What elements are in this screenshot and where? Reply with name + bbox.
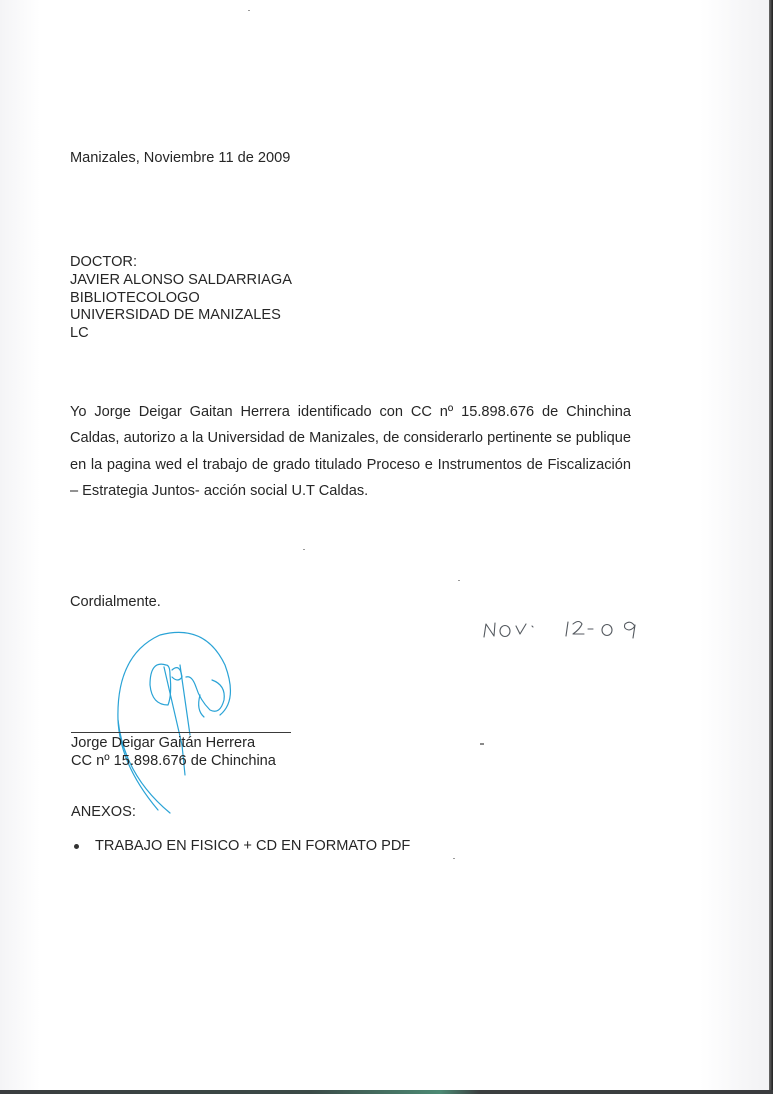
annexes-list: TRABAJO EN FISICO + CD EN FORMATO PDF bbox=[71, 838, 410, 855]
letter-closing: Cordialmente. bbox=[70, 594, 161, 611]
scan-speck bbox=[453, 858, 455, 859]
recipient-block: DOCTOR: JAVIER ALONSO SALDARRIAGA BIBLIO… bbox=[70, 254, 292, 343]
scan-speck bbox=[303, 549, 305, 550]
bullet-icon bbox=[74, 844, 79, 849]
signature-line bbox=[71, 732, 291, 733]
letter-body: Yo Jorge Deigar Gaitan Herrera identific… bbox=[70, 399, 631, 505]
scan-right-edge bbox=[769, 0, 773, 1094]
scan-speck bbox=[248, 10, 250, 11]
annex-item: TRABAJO EN FISICO + CD EN FORMATO PDF bbox=[71, 838, 410, 855]
annexes-title: ANEXOS: bbox=[71, 804, 136, 821]
recipient-name: JAVIER ALONSO SALDARRIAGA bbox=[70, 272, 292, 290]
scanned-letter-page: Manizales, Noviembre 11 de 2009 DOCTOR: … bbox=[0, 0, 773, 1094]
recipient-title: BIBLIOTECOLOGO bbox=[70, 290, 292, 308]
scan-speck bbox=[458, 580, 460, 581]
recipient-city: LC bbox=[70, 325, 292, 343]
scan-speck bbox=[480, 743, 484, 745]
annex-item-label: TRABAJO EN FISICO + CD EN FORMATO PDF bbox=[95, 838, 410, 854]
recipient-salutation: DOCTOR: bbox=[70, 254, 292, 272]
signer-block: Jorge Deigar Gaitán Herrera CC nº 15.898… bbox=[71, 735, 276, 770]
handwritten-date-annotation bbox=[480, 612, 650, 642]
signer-name: Jorge Deigar Gaitán Herrera bbox=[71, 735, 276, 753]
recipient-institution: UNIVERSIDAD DE MANIZALES bbox=[70, 307, 292, 325]
scan-bottom-edge bbox=[0, 1090, 773, 1094]
signer-id: CC nº 15.898.676 de Chinchina bbox=[71, 753, 276, 771]
letter-date: Manizales, Noviembre 11 de 2009 bbox=[70, 150, 290, 167]
signature bbox=[100, 625, 250, 815]
